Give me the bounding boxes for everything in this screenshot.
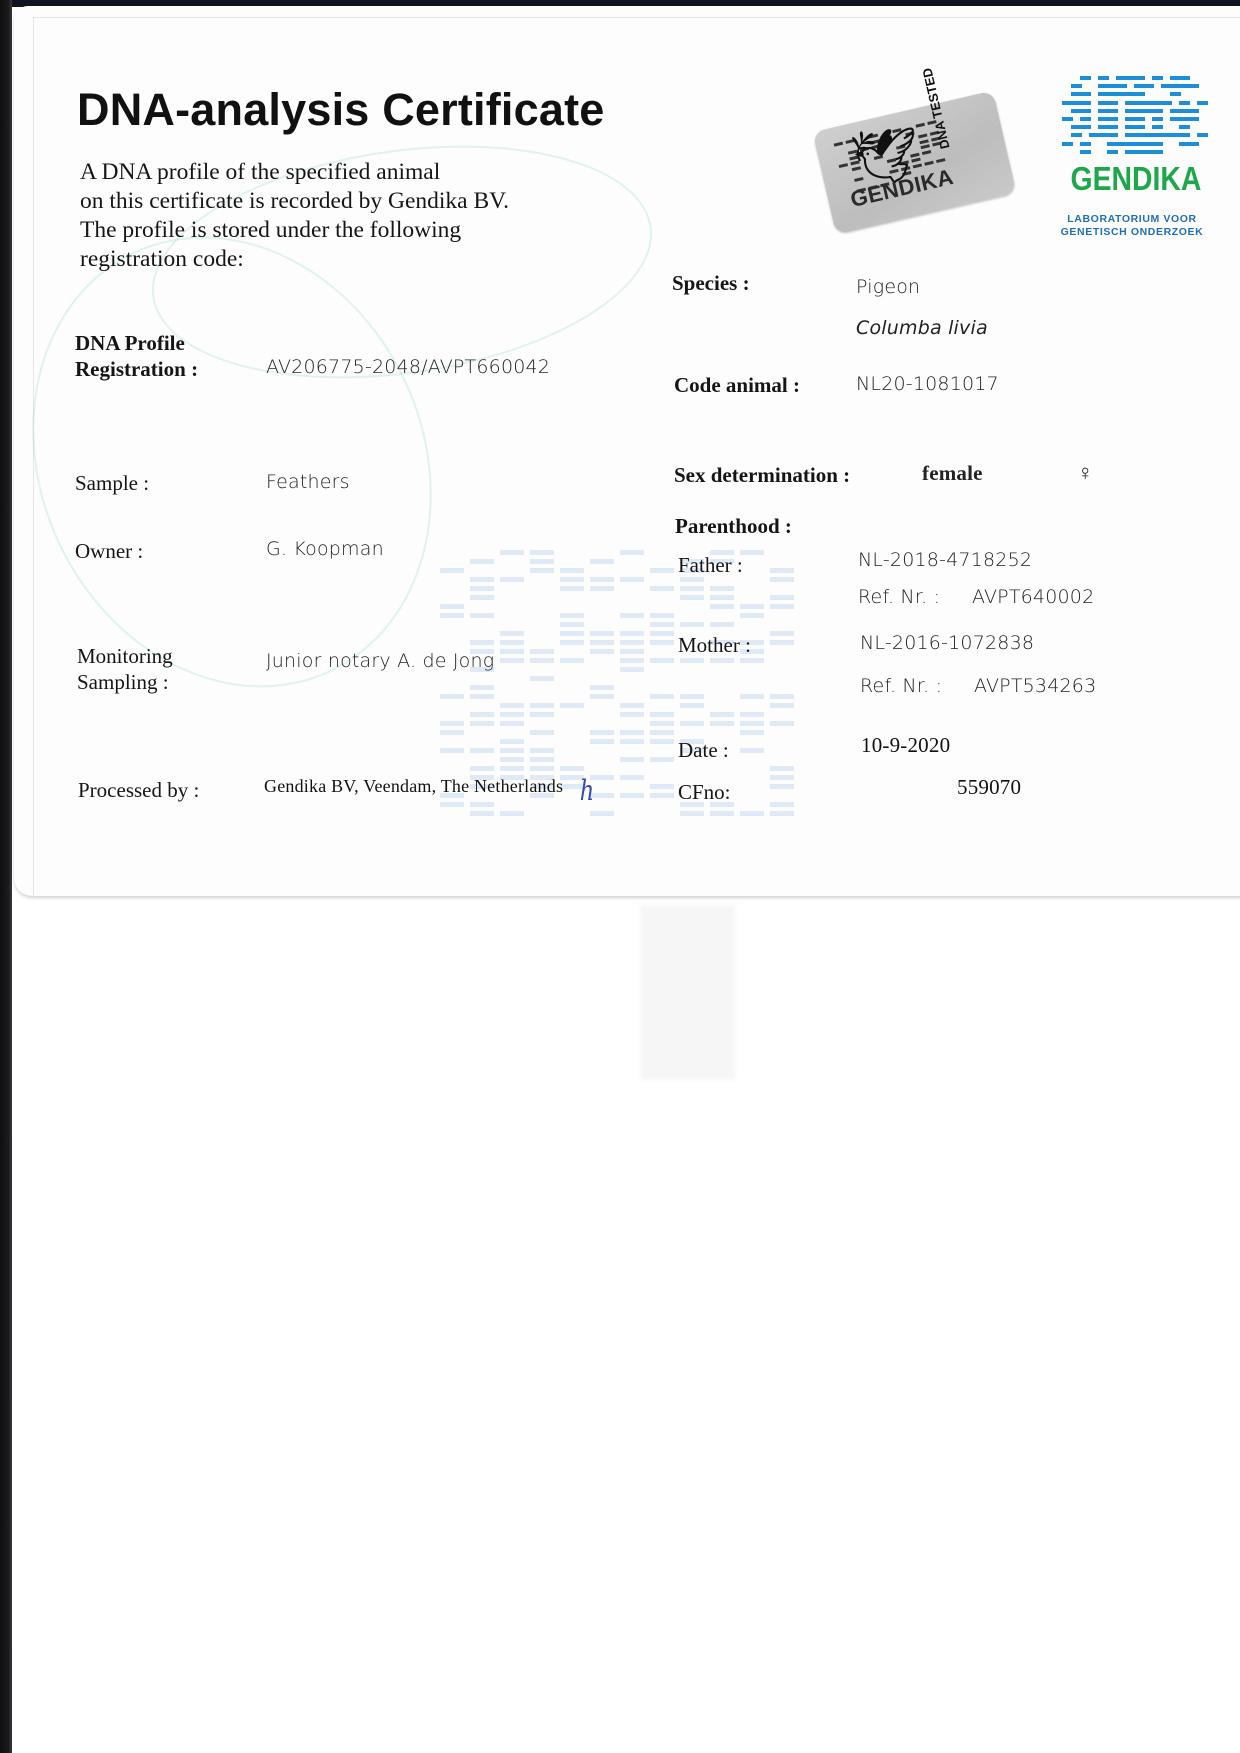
sex-value: female	[922, 461, 983, 486]
processed-label: Processed by :	[78, 777, 199, 803]
cfno-value: 559070	[957, 775, 1021, 800]
monitoring-label-line: Sampling :	[77, 669, 173, 695]
owner-label: Owner :	[75, 538, 143, 564]
processed-value: Gendika BV, Veendam, The Netherlands	[264, 776, 563, 797]
code-animal-value: NL20-1081017	[856, 373, 999, 395]
father-label: Father :	[678, 552, 743, 578]
mother-value: NL-2016-1072838	[860, 632, 1034, 654]
registration-label: DNA Profile Registration :	[75, 330, 198, 382]
intro-line: on this certificate is recorded by Gendi…	[80, 187, 600, 216]
cfno-label: CFno:	[678, 779, 731, 805]
father-ref-label: Ref. Nr. :	[858, 586, 940, 608]
monitoring-label: Monitoring Sampling :	[77, 643, 173, 695]
intro-line: The profile is stored under the followin…	[80, 216, 600, 245]
certificate-title: DNA-analysis Certificate	[77, 84, 605, 136]
female-symbol-icon: ♀	[1077, 460, 1094, 486]
scan-smudge	[640, 905, 735, 1080]
mother-ref-value: AVPT534263	[974, 675, 1096, 697]
monitoring-value: Junior notary A. de Jong	[266, 650, 494, 672]
date-label: Date :	[678, 737, 729, 763]
logo-subtitle: LABORATORIUM VOOR GENETISCH ONDERZOEK	[1052, 213, 1212, 239]
mother-label: Mother :	[678, 632, 751, 658]
father-ref-value: AVPT640002	[972, 586, 1094, 608]
registration-label-line: DNA Profile	[75, 330, 198, 356]
sex-label: Sex determination :	[674, 462, 850, 488]
father-value: NL-2018-4718252	[858, 549, 1032, 571]
registration-label-line: Registration :	[75, 356, 198, 382]
processed-location: Veendam, The Netherlands	[363, 776, 563, 796]
sample-value: Feathers	[266, 471, 350, 493]
monitoring-label-line: Monitoring	[77, 643, 173, 669]
species-label: Species :	[672, 270, 750, 296]
species-latin-value: Columba livia	[856, 317, 988, 339]
logo-subtitle-line: LABORATORIUM VOOR	[1052, 213, 1212, 226]
parenthood-label: Parenthood :	[675, 513, 792, 539]
logo-subtitle-line: GENETISCH ONDERZOEK	[1052, 226, 1212, 239]
species-common-value: Pigeon	[856, 276, 920, 298]
logo-name: GENDIKA	[1071, 160, 1200, 198]
registration-value: AV206775-2048/AVPT660042	[266, 356, 550, 378]
processed-company: Gendika BV,	[264, 776, 359, 796]
mother-ref-label: Ref. Nr. :	[860, 675, 942, 697]
code-animal-label: Code animal :	[674, 372, 800, 398]
date-value: 10-9-2020	[861, 733, 950, 758]
intro-line: registration code:	[80, 245, 600, 274]
signature-mark: h	[580, 774, 594, 807]
intro-line: A DNA profile of the specified animal	[80, 158, 600, 187]
sample-label: Sample :	[75, 470, 149, 496]
owner-value: G. Koopman	[266, 538, 384, 560]
gendika-logo-icon	[1062, 76, 1202, 160]
certificate-intro: A DNA profile of the specified animal on…	[80, 158, 600, 274]
scan-left-edge	[0, 0, 12, 1753]
